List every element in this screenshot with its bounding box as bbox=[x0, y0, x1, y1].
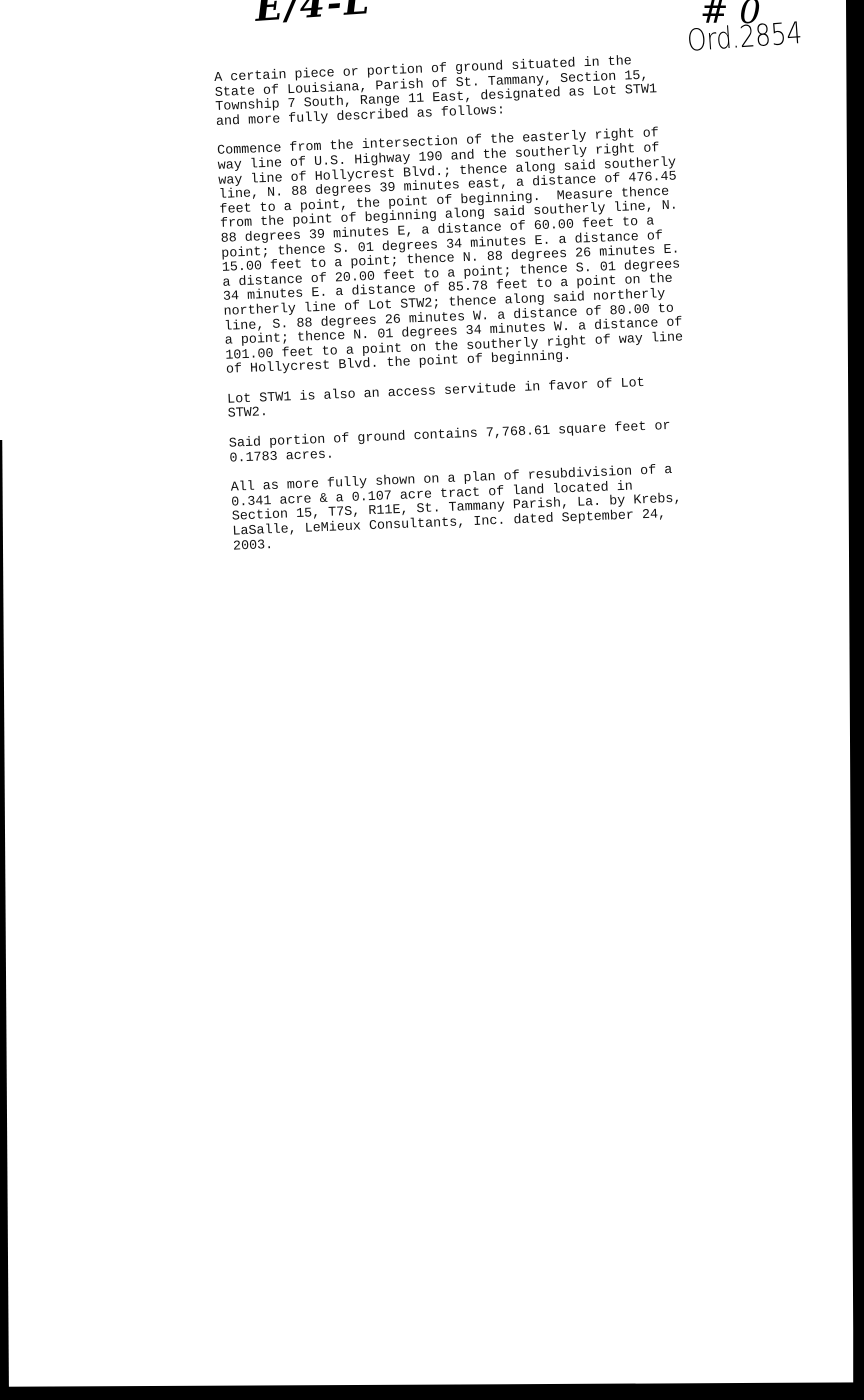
paragraph-area: Said portion of ground contains 7,768.61… bbox=[229, 416, 770, 467]
paragraph-servitude: Lot STW1 is also an access servitude in … bbox=[227, 372, 768, 423]
handwritten-header-scrawl: E/4-L bbox=[254, 0, 373, 30]
scan-border-left bbox=[0, 440, 9, 1400]
paragraph-metes-and-bounds: Commence from the intersection of the ea… bbox=[217, 124, 766, 379]
legal-description: A certain piece or portion of ground sit… bbox=[214, 50, 774, 569]
scan-border-bottom bbox=[0, 1378, 864, 1400]
scan-border-right bbox=[846, 0, 864, 1400]
paragraph-plan-reference: All as more fully shown on a plan of res… bbox=[230, 460, 772, 555]
paragraph-property-location: A certain piece or portion of ground sit… bbox=[214, 50, 756, 130]
